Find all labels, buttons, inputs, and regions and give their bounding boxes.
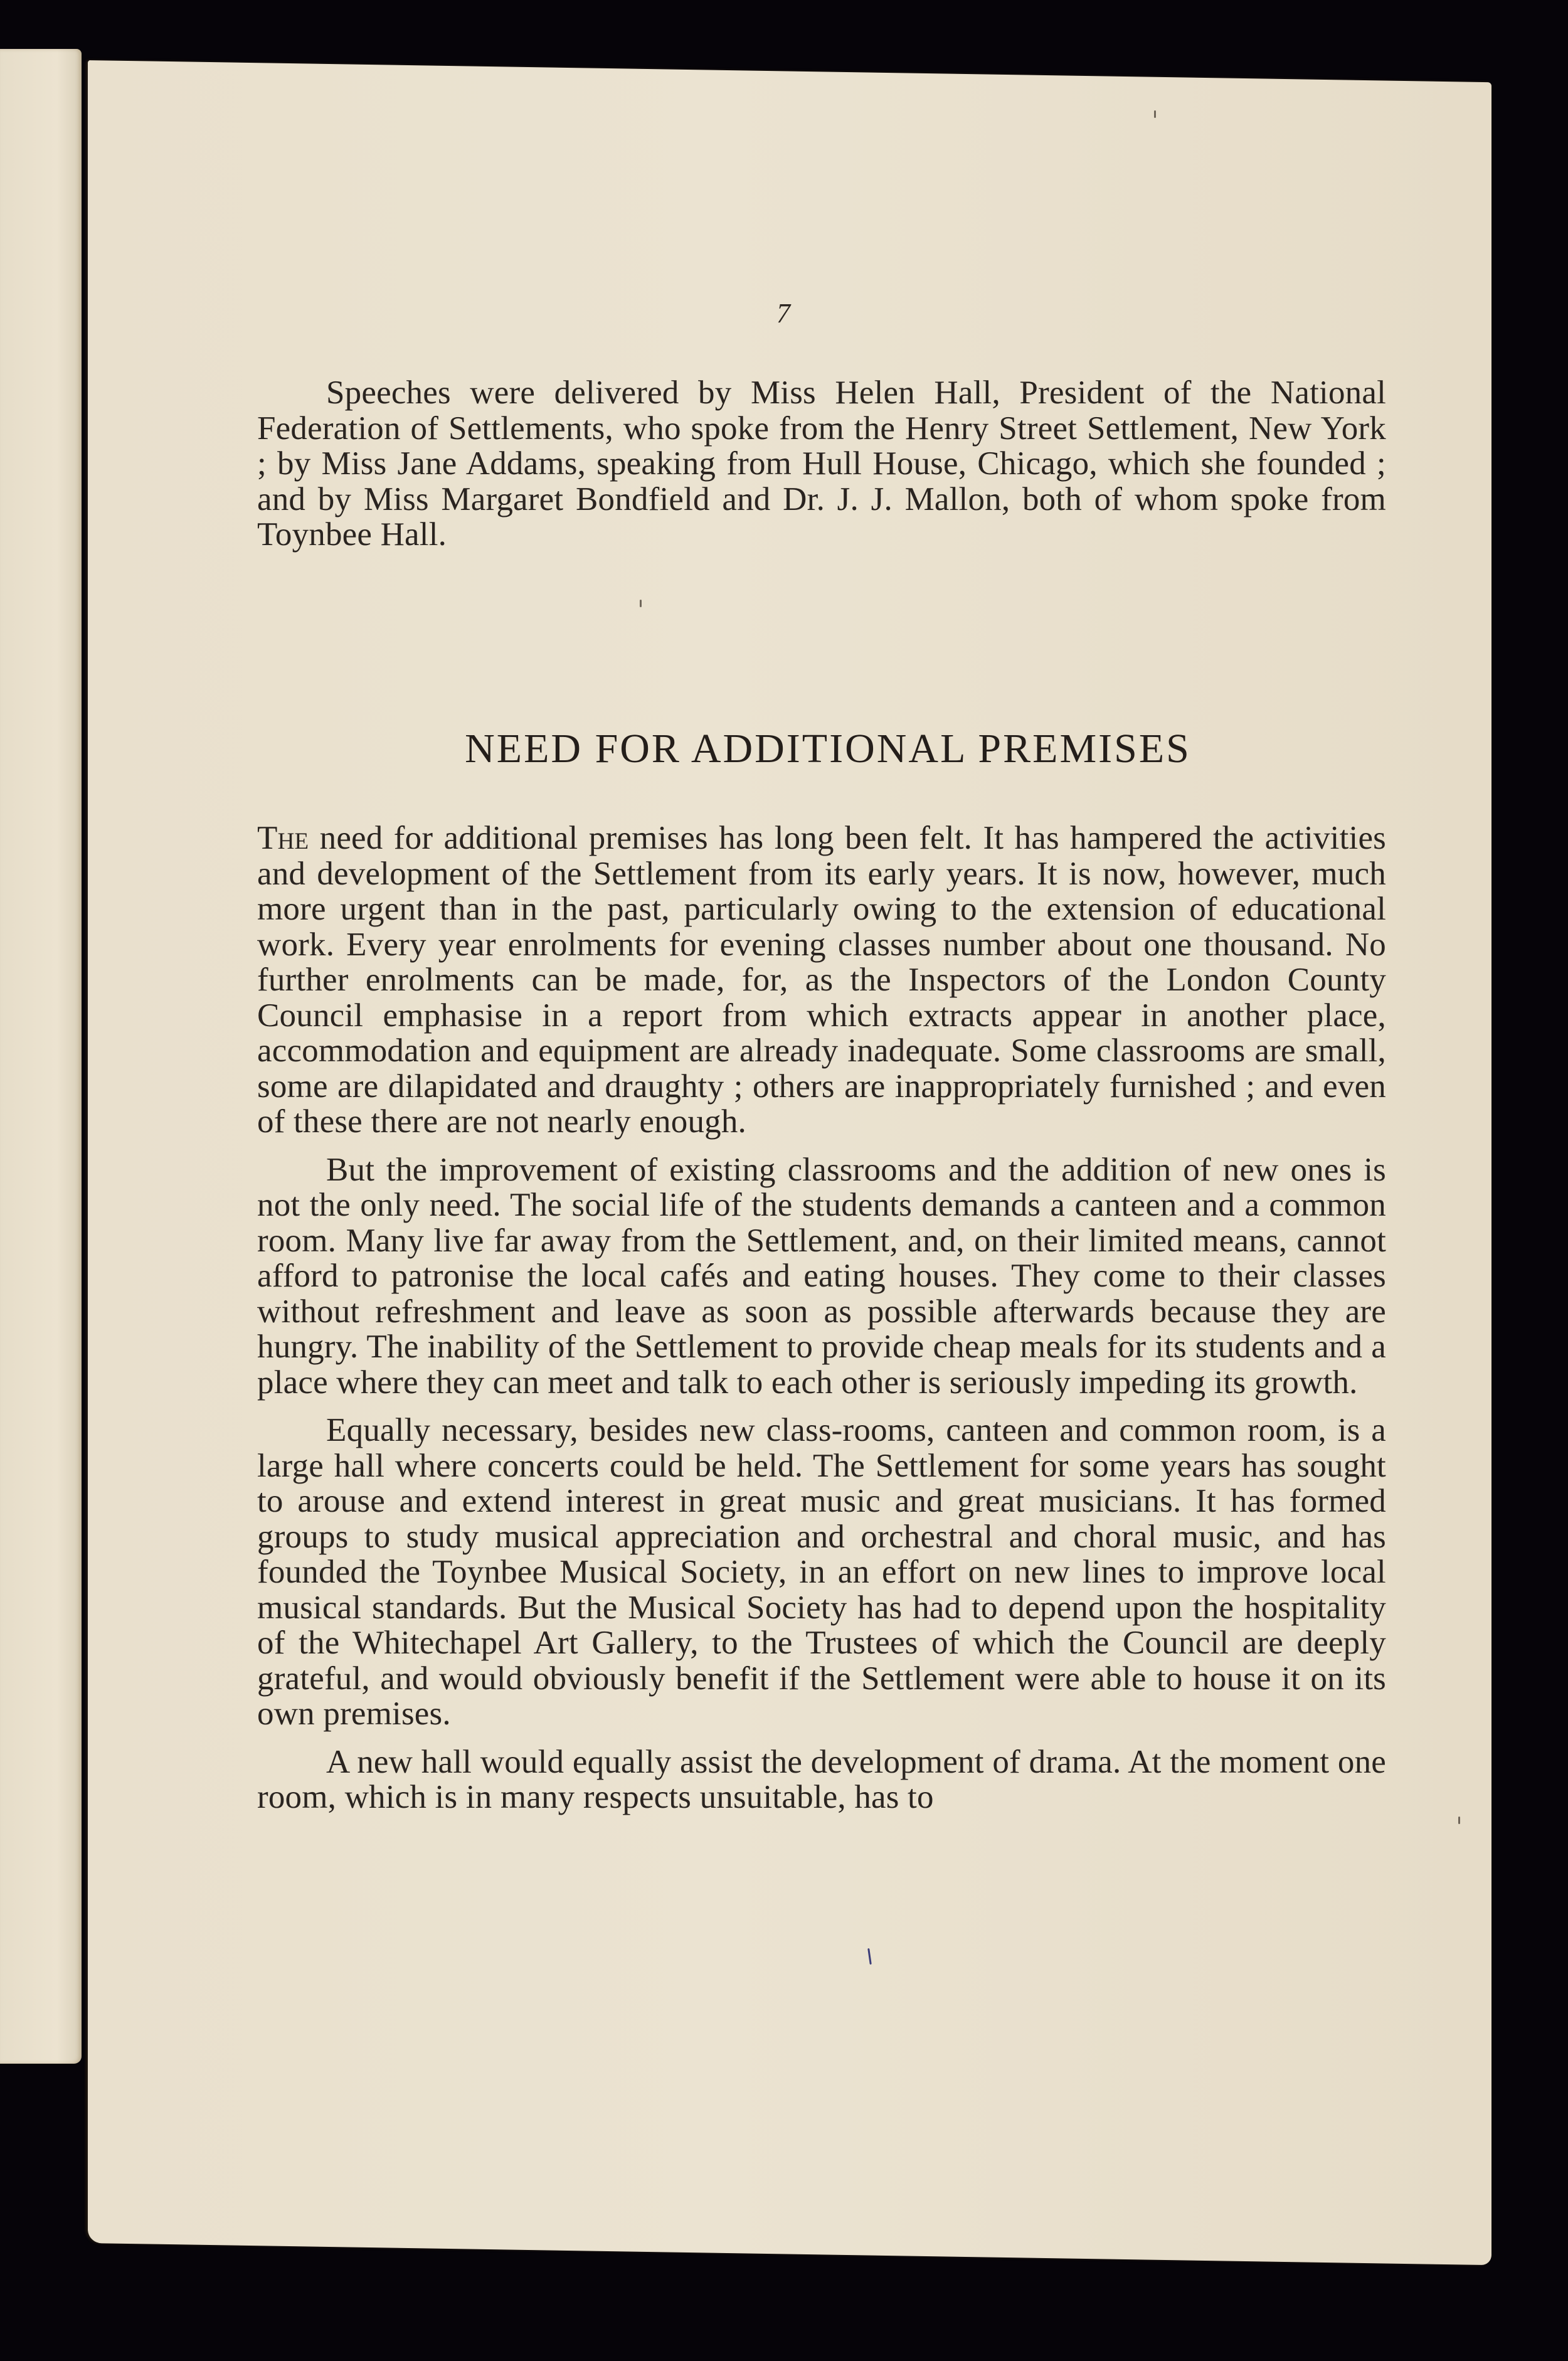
document-page: 7 Speeches were delivered by Miss Helen … [88,60,1491,2265]
facing-page-edge [0,49,82,2064]
section-body: The need for additional premises has lon… [257,820,1386,1828]
page-number: 7 [776,297,790,329]
paragraph-2: But the improvement of existing classroo… [257,1152,1386,1401]
section-heading: NEED FOR ADDITIONAL PREMISES [364,725,1292,773]
paragraph-1-text: need for additional premises has long be… [257,820,1386,1140]
paragraph-1: The need for additional premises has lon… [257,820,1386,1140]
intro-text-block: Speeches were delivered by Miss Helen Ha… [257,375,1386,565]
pen-mark [867,1948,872,1965]
intro-paragraph: Speeches were delivered by Miss Helen Ha… [257,375,1386,553]
paragraph-3: Equally necessary, besides new class-roo… [257,1413,1386,1732]
paper-speck [640,600,642,607]
lead-word: The [257,820,309,856]
paper-speck [1458,1817,1460,1824]
paper-speck [1154,110,1156,118]
paragraph-4: A new hall would equally assist the deve… [257,1744,1386,1815]
